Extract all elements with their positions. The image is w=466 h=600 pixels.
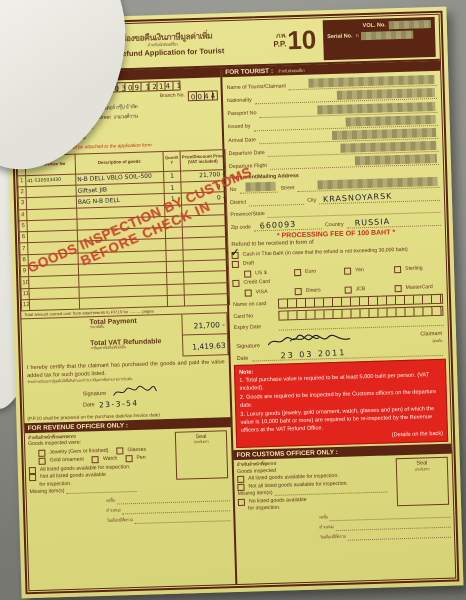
item-qty (165, 205, 182, 217)
checkbox-icon (232, 260, 239, 267)
customs-officer-block: Seal ประทับตรา สำหรับเจ้าหน้าที่ศุลกากร … (234, 454, 456, 584)
street-label: Street (280, 186, 294, 193)
checkbox-label: Sterling (405, 265, 423, 272)
tourist-date-label: Date (237, 355, 249, 361)
checkbox-icon (294, 269, 301, 276)
checkbox-icon (394, 266, 401, 273)
tourist-date-value: 23 03 2011 (280, 348, 346, 360)
total-payment-field: 21,700 - (181, 313, 228, 335)
checkbox-label: Glasses (127, 446, 146, 454)
checkbox-icon (344, 267, 351, 274)
customs-seal-label-thai: ประทับตรา (397, 466, 447, 472)
redaction-mosaic (355, 154, 437, 165)
checkbox-icon (29, 467, 36, 474)
checkbox-icon (116, 447, 123, 454)
total-payment-thai: ราคาทั้งสิ้น (90, 324, 180, 330)
serial-value-redacted (361, 31, 413, 41)
item-qty (166, 238, 183, 250)
vol-label: VOL. No. (363, 22, 386, 29)
card-no-label: Card No (233, 312, 275, 319)
checkbox-icon (245, 289, 252, 296)
no-label: No (230, 188, 237, 194)
tourist-fields: Name of Tourist/ClaimantNationalityPassp… (222, 71, 443, 172)
checkbox-icon (295, 288, 302, 295)
photo-of-vat-refund-form: คำร้องขอคืนเงินภาษีมูลค่าเพิ่ม สำหรับนัก… (0, 0, 466, 600)
checkbox-icon (29, 474, 36, 481)
vol-serial-box: VOL. No. Serial No. ก (323, 17, 436, 60)
branch-label: Branch No. (160, 93, 185, 101)
checkbox-icon (125, 455, 132, 462)
checkbox-label: US $ (255, 270, 267, 277)
claimant-label-thai: ผู้ขอคืน (432, 338, 442, 342)
tourist-address: Permanent/Mailing Address No Street Dist… (225, 165, 445, 232)
item-qty (165, 216, 182, 228)
claimant-label: Claimant ผู้ขอคืน (420, 331, 442, 344)
city-label: City (307, 199, 316, 206)
item-qty (167, 272, 184, 284)
revenue-seal-label-thai: ประทับตรา (176, 440, 226, 446)
name-on-card-label: Name on card (233, 300, 275, 307)
note-title: Note: (239, 369, 253, 375)
expiry-label: Expiry Date (234, 323, 276, 330)
serial-label: Serial No. (327, 33, 353, 40)
redaction-mosaic (317, 102, 435, 114)
form-code-en: P.P. (273, 41, 286, 50)
tourist-signature-scribble (263, 330, 353, 349)
district-label: District (230, 201, 246, 208)
zip-value: 660093 (260, 220, 297, 231)
retailer-date-label: Date (83, 402, 95, 410)
checkbox-icon (38, 449, 45, 456)
checkmark-icon: ✓ (230, 245, 240, 259)
note-lines: 1. Total purchase value is required to b… (239, 371, 443, 444)
revenue-goods-watch: Watch (92, 456, 118, 464)
form-code: ภ.พ. P.P. 10 (273, 29, 317, 54)
form-code-thai: ภ.พ. (273, 34, 286, 41)
col-price: Price/Discount Price (VAT included) (180, 149, 226, 170)
checkbox-label: Diners (306, 287, 321, 294)
tourist-column: FOR TOURIST : สำหรับนักท่องเที่ยว Name o… (222, 61, 455, 584)
revenue-goods-gold-ornament: Gold ornament (39, 457, 85, 466)
checkbox-icon (345, 286, 352, 293)
retailer-signature-scribble (110, 383, 158, 398)
revenue-seal-box: Seal ประทับตรา (175, 430, 228, 480)
tourist-field-label: Passport No (227, 112, 256, 119)
vol-value-redacted (389, 20, 431, 29)
col-quantity: Quantity (163, 151, 181, 171)
checkbox-checked-icon: ✓ (231, 251, 238, 258)
redaction-mosaic (332, 128, 436, 140)
customs-seal-box: Seal ประทับตรา (396, 457, 449, 507)
branch-field: 0044 (188, 90, 218, 101)
tourist-signature-label: Signature (236, 343, 260, 350)
total-payment-value: 21,700 - (193, 320, 225, 331)
currency-sterling: Sterling (394, 264, 440, 272)
note-box: Note: 1. Total purchase value is require… (234, 358, 448, 448)
country-value: RUSSIA (354, 217, 390, 228)
item-no: 11 (21, 288, 29, 300)
form-number: 10 (287, 29, 317, 53)
item-no: 10 (21, 277, 29, 289)
items-table: ITEM Tax Invoice No Description of goods… (17, 149, 231, 312)
checkbox-label: JCB (356, 286, 366, 293)
item-price (184, 294, 229, 307)
item-qty: 1 (164, 171, 181, 183)
item-qty (167, 284, 184, 296)
revenue-goods-pen: Pen (125, 455, 145, 463)
checkbox-label: Gold ornament (50, 457, 85, 466)
item-qty: 1 (164, 193, 181, 205)
branch-value: 0044 (191, 91, 218, 103)
checkbox-icon (237, 476, 244, 483)
tourist-field-label: Arrival Date (228, 138, 256, 145)
tourist-signature-block: Signature Claimant ผู้ขอคืน (230, 326, 449, 362)
checkbox-icon (92, 456, 99, 463)
items-table-body: 141-530503430N-B DELL VBLO SOIL-500121,7… (18, 169, 230, 311)
retailer-street-value: งามวงศ์วาน (114, 113, 138, 122)
checkbox-icon (39, 458, 46, 465)
redaction-mosaic (308, 75, 434, 88)
item-invoice (29, 298, 79, 311)
checkbox-icon (232, 279, 239, 286)
currency-us-: US $ (244, 269, 290, 277)
checkbox-label: VISA (256, 289, 268, 296)
checkbox-label: Watch (103, 456, 118, 464)
province-label: Province/State (230, 212, 265, 219)
redaction-mosaic (340, 141, 436, 153)
checkbox-label: Yen (355, 267, 364, 274)
item-qty (165, 227, 182, 239)
serial-prefix: ก (355, 32, 358, 40)
item-qty (166, 261, 183, 273)
currency-euro: Euro (294, 267, 340, 275)
tourist-field-label: Issued by (228, 125, 251, 132)
redaction-mosaic (337, 88, 435, 100)
item-qty (166, 250, 183, 262)
checkbox-icon (238, 498, 245, 505)
item-no: 12 (21, 300, 29, 312)
col-description: Description of goods (75, 151, 164, 174)
total-vat-field: 1,419.63 (182, 334, 229, 356)
certification: I hereby certify that the claimant has p… (23, 355, 230, 413)
total-vat-thai: ภาษีมูลค่าเพิ่มที่ขอคืนทั้งสิ้น (90, 345, 180, 351)
redaction-mosaic (346, 115, 436, 127)
checkbox-icon (237, 483, 244, 490)
retailer-date-value: 23-3-54 (98, 398, 138, 410)
totals: Total Payment ราคาทั้งสิ้น 21,700 - Tota… (21, 313, 228, 361)
total-vat-value: 1,419.63 (192, 341, 226, 352)
checkbox-label: Euro (305, 268, 316, 275)
currency-yen: Yen (344, 266, 390, 274)
tourist-section-title: FOR TOURIST : (225, 68, 273, 76)
checkbox-label: Pen (136, 455, 145, 463)
revenue-goods-glasses: Glasses (116, 446, 146, 454)
retailer-signature-label: Signature (83, 391, 107, 399)
checkbox-icon (395, 285, 402, 292)
item-qty (167, 295, 184, 307)
tourist-field-label: Nationality (227, 98, 252, 105)
city-value: KRASNOYARSK (323, 192, 393, 205)
refund-options: Refund to be received in form of ✓ Cash … (227, 236, 447, 297)
item-qty: 1 (164, 182, 181, 194)
tourist-section-title-thai: สำหรับนักท่องเที่ยว (278, 67, 304, 75)
revenue-officer-block: Seal ประทับตรา สำหรับเจ้าหน้าที่กรมสรรพา… (25, 427, 236, 590)
tourist-field-label: Departure Date (229, 151, 265, 158)
checkbox-icon (244, 270, 251, 277)
